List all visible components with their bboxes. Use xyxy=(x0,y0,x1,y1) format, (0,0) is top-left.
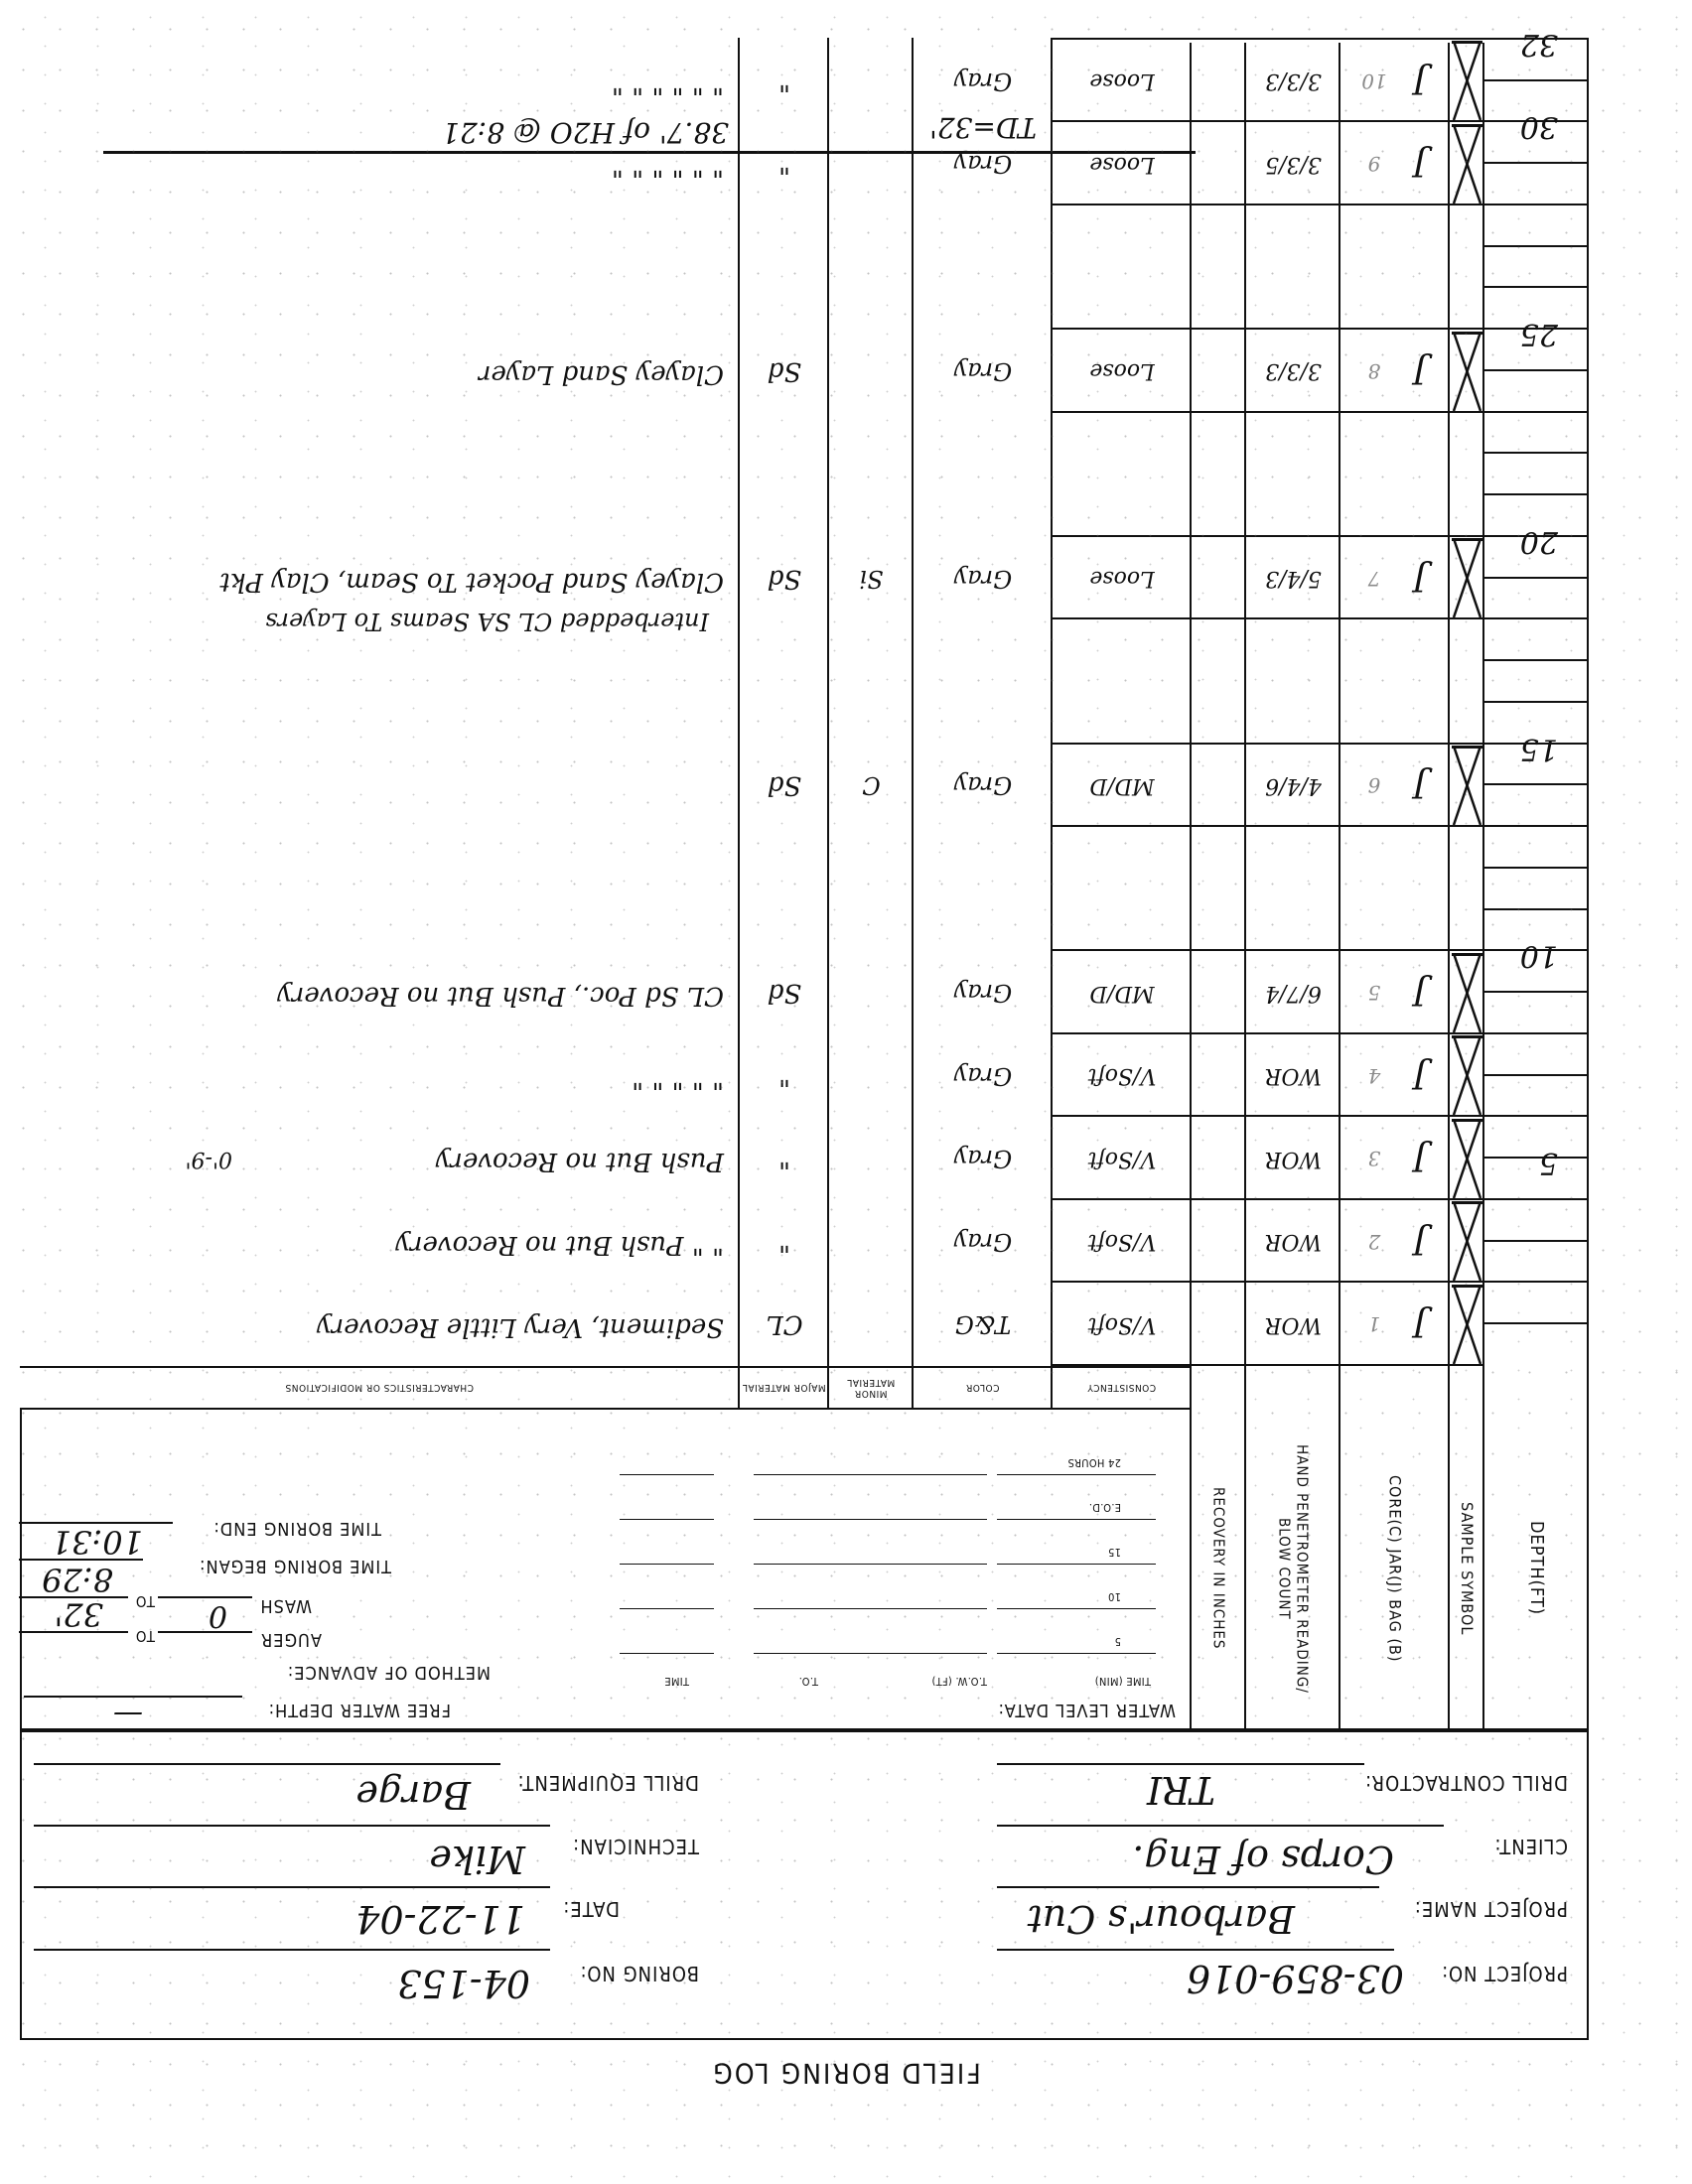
major-material: " xyxy=(740,40,829,123)
minor-material xyxy=(829,1284,914,1367)
sample-type: J xyxy=(1390,745,1450,828)
minor-material xyxy=(829,330,914,413)
major-material: " xyxy=(740,1200,829,1284)
blow-count: WOR xyxy=(1246,1118,1340,1201)
sample-type: J xyxy=(1390,123,1450,206)
sample-x-icon xyxy=(1450,123,1484,206)
time-end-label: TIME BORING END: xyxy=(212,1518,381,1539)
sample-type: J xyxy=(1390,1284,1450,1367)
color: Gray xyxy=(914,1200,1053,1284)
depth-label: 15 xyxy=(1520,732,1558,766)
col-color-header: COLOR xyxy=(914,1368,1053,1408)
major-material: CL xyxy=(740,1284,829,1367)
minor-material xyxy=(829,123,914,206)
client-label: CLIENT: xyxy=(1493,1835,1568,1858)
minor-material: Si xyxy=(829,537,914,620)
characteristics: " " " " " xyxy=(632,1064,724,1094)
sample-x-icon xyxy=(1450,1118,1484,1201)
major-material: Sd xyxy=(740,745,829,828)
blow-count: 3/3/3 xyxy=(1246,330,1340,413)
wash-label: WASH xyxy=(259,1595,312,1616)
characteristics: " " " " " " xyxy=(612,69,724,99)
client-value: Corps of Eng. xyxy=(1132,1838,1394,1881)
sample-x-icon xyxy=(1450,952,1484,1035)
wl-row-label: 10 xyxy=(1108,1590,1121,1603)
sample-number: 7 xyxy=(1354,537,1394,620)
col-sample-type-header: CORE(C) JAR(J) BAG (B) xyxy=(1340,1420,1450,1717)
wl-row-label: 24 HOURS xyxy=(1067,1456,1121,1469)
consistency: Loose xyxy=(1053,40,1192,123)
note-water-reading: 38.7' of H2O @ 8:21 xyxy=(442,116,729,149)
minor-material xyxy=(829,40,914,123)
sample-type: J xyxy=(1390,40,1450,123)
free-water-depth-value: — xyxy=(113,1698,143,1732)
consistency: MD/D xyxy=(1053,952,1192,1035)
wash-to-label: TO xyxy=(136,1592,155,1610)
blow-count: 4/4/6 xyxy=(1246,745,1340,828)
depth-label: 30 xyxy=(1520,110,1558,145)
major-material: Sd xyxy=(740,952,829,1035)
sample-x-icon xyxy=(1450,1200,1484,1284)
col-depth-header: DEPTH(FT) xyxy=(1484,1420,1589,1717)
color: Gray xyxy=(914,952,1053,1035)
project-name-value: Barbour's Cut xyxy=(1028,1897,1295,1941)
depth-label: 20 xyxy=(1520,524,1558,559)
blow-count: WOR xyxy=(1246,1034,1340,1118)
sample-type: J xyxy=(1390,1200,1450,1284)
wash-to-value: 32' xyxy=(54,1595,103,1633)
characteristics: Sediment, Very Little Recovery xyxy=(317,1312,724,1342)
major-material: " xyxy=(740,1034,829,1118)
document-title: FIELD BORING LOG xyxy=(0,2057,1692,2090)
sample-type: J xyxy=(1390,952,1450,1035)
sample-x-icon xyxy=(1450,745,1484,828)
minor-material xyxy=(829,1118,914,1201)
color: Gray xyxy=(914,1118,1053,1201)
water-level-label: WATER LEVEL DATA: xyxy=(998,1700,1176,1720)
col-characteristics-header: CHARACTERISTICS OR MODIFICATIONS xyxy=(20,1368,740,1408)
consistency: V/Soft xyxy=(1053,1284,1192,1367)
sample-number: 3 xyxy=(1354,1118,1394,1201)
characteristics: " " " " " " xyxy=(612,152,724,182)
note-range-marker: 0'-9' xyxy=(185,1147,232,1171)
consistency: V/Soft xyxy=(1053,1118,1192,1201)
col-sample-symbol-header: SAMPLE SYMBOL xyxy=(1450,1420,1484,1717)
characteristics: Clayey Sand Pocket To Seam, Clay Pkt xyxy=(219,567,724,597)
consistency: Loose xyxy=(1053,330,1192,413)
sample-number: 1 xyxy=(1354,1284,1394,1367)
blow-count: 3/3/5 xyxy=(1246,123,1340,206)
boring-no-value: 04-153 xyxy=(397,1962,530,2005)
minor-material xyxy=(829,952,914,1035)
project-name-label: PROJECT NAME: xyxy=(1414,1897,1568,1921)
drill-contractor-label: DRILL CONTRACTOR: xyxy=(1364,1771,1568,1795)
characteristics: " " Push But no Recovery xyxy=(395,1230,724,1260)
method-of-advance-label: METHOD OF ADVANCE: xyxy=(287,1662,491,1683)
sample-type: J xyxy=(1390,1034,1450,1118)
col-major-material-header: MAJOR MATERIAL xyxy=(740,1368,829,1408)
drill-equipment-label: DRILL EQUIPMENT: xyxy=(517,1771,699,1795)
characteristics: Clayey Sand Layer xyxy=(479,359,724,389)
sample-x-icon xyxy=(1450,1284,1484,1367)
col-recovery-header: RECOVERY IN INCHES xyxy=(1192,1420,1246,1717)
sample-number: 9 xyxy=(1354,123,1394,206)
depth-label: 10 xyxy=(1520,939,1558,974)
sample-x-icon xyxy=(1450,537,1484,620)
sample-type: J xyxy=(1390,1118,1450,1201)
boring-no-label: BORING NO: xyxy=(580,1962,699,1985)
depth-label: 25 xyxy=(1520,317,1558,351)
blow-count: 5/4/3 xyxy=(1246,537,1340,620)
wl-col-time-min: TIME (MIN) xyxy=(1095,1675,1151,1688)
blow-count: 3/3/3 xyxy=(1246,40,1340,123)
consistency: MD/D xyxy=(1053,745,1192,828)
free-water-depth-label: FREE WATER DEPTH: xyxy=(268,1700,451,1720)
technician-value: Mike xyxy=(429,1838,525,1881)
drill-equipment-value: Barge xyxy=(355,1773,471,1817)
blow-count: 6/7/4 xyxy=(1246,952,1340,1035)
col-consistency-header: CONSISTENCY xyxy=(1053,1368,1192,1408)
consistency: V/Soft xyxy=(1053,1200,1192,1284)
note-total-depth: TD=32' xyxy=(929,111,1037,144)
sample-x-icon xyxy=(1450,330,1484,413)
technician-label: TECHNICIAN: xyxy=(572,1835,699,1858)
sample-number: 8 xyxy=(1354,330,1394,413)
note-interbedded: Interbedded CL SA Seams To Layers xyxy=(265,608,709,635)
sample-number: 6 xyxy=(1354,745,1394,828)
wl-row-label: 5 xyxy=(1114,1635,1121,1648)
major-material: " xyxy=(740,123,829,206)
major-material: Sd xyxy=(740,537,829,620)
wl-row-label: 15 xyxy=(1108,1546,1121,1559)
characteristics: CL Sd Poc., Push But no Recovery xyxy=(277,981,724,1011)
depth-label: 5 xyxy=(1539,1146,1558,1180)
consistency: Loose xyxy=(1053,537,1192,620)
depth-label: 32 xyxy=(1520,27,1558,62)
wl-col-tow: T.O.W. (FT) xyxy=(931,1675,987,1688)
time-began-value: 8:29 xyxy=(42,1561,113,1598)
sample-type: J xyxy=(1390,537,1450,620)
auger-to-label: TO xyxy=(136,1627,155,1645)
sample-type: J xyxy=(1390,330,1450,413)
minor-material: C xyxy=(829,745,914,828)
wl-col-to: T.O. xyxy=(798,1675,818,1688)
blow-count: WOR xyxy=(1246,1284,1340,1367)
consistency: Loose xyxy=(1053,123,1192,206)
project-no-label: PROJECT NO: xyxy=(1441,1962,1568,1985)
major-material: " xyxy=(740,1118,829,1201)
time-began-label: TIME BORING BEGAN: xyxy=(199,1556,391,1576)
wl-row-label: E.O.D. xyxy=(1089,1501,1121,1514)
color: Gray xyxy=(914,1034,1053,1118)
drill-contractor-value: TRI xyxy=(1147,1768,1215,1812)
color: Gray xyxy=(914,330,1053,413)
color: T&G xyxy=(914,1284,1053,1367)
project-no-value: 03-859-016 xyxy=(1187,1957,1404,2000)
col-minor-material-header: MINOR MATERIAL xyxy=(829,1368,914,1408)
sample-x-icon xyxy=(1450,1034,1484,1118)
sample-number: 4 xyxy=(1354,1034,1394,1118)
color: Gray xyxy=(914,537,1053,620)
auger-label: AUGER xyxy=(260,1629,322,1650)
field-boring-log-sheet: FIELD BORING LOG PROJECT NO: 03-859-016 … xyxy=(0,0,1692,2184)
sample-x-icon xyxy=(1450,40,1484,123)
sample-number: 10 xyxy=(1354,40,1394,123)
minor-material xyxy=(829,1034,914,1118)
date-value: 11-22-04 xyxy=(355,1897,525,1941)
wl-col-time: TIME xyxy=(664,1675,689,1688)
sample-number: 2 xyxy=(1354,1200,1394,1284)
col-blow-count-header: HAND PENETROMETER READING/ BLOW COUNT xyxy=(1246,1420,1340,1717)
major-material: Sd xyxy=(740,330,829,413)
color: Gray xyxy=(914,40,1053,123)
date-label: DATE: xyxy=(562,1897,620,1921)
sample-number: 5 xyxy=(1354,952,1394,1035)
consistency: V/Soft xyxy=(1053,1034,1192,1118)
color: Gray xyxy=(914,745,1053,828)
wash-from-value: 0 xyxy=(209,1598,227,1633)
time-end-value: 10:31 xyxy=(52,1523,143,1561)
blow-count: WOR xyxy=(1246,1200,1340,1284)
characteristics: Push But no Recovery xyxy=(436,1147,724,1176)
minor-material xyxy=(829,1200,914,1284)
